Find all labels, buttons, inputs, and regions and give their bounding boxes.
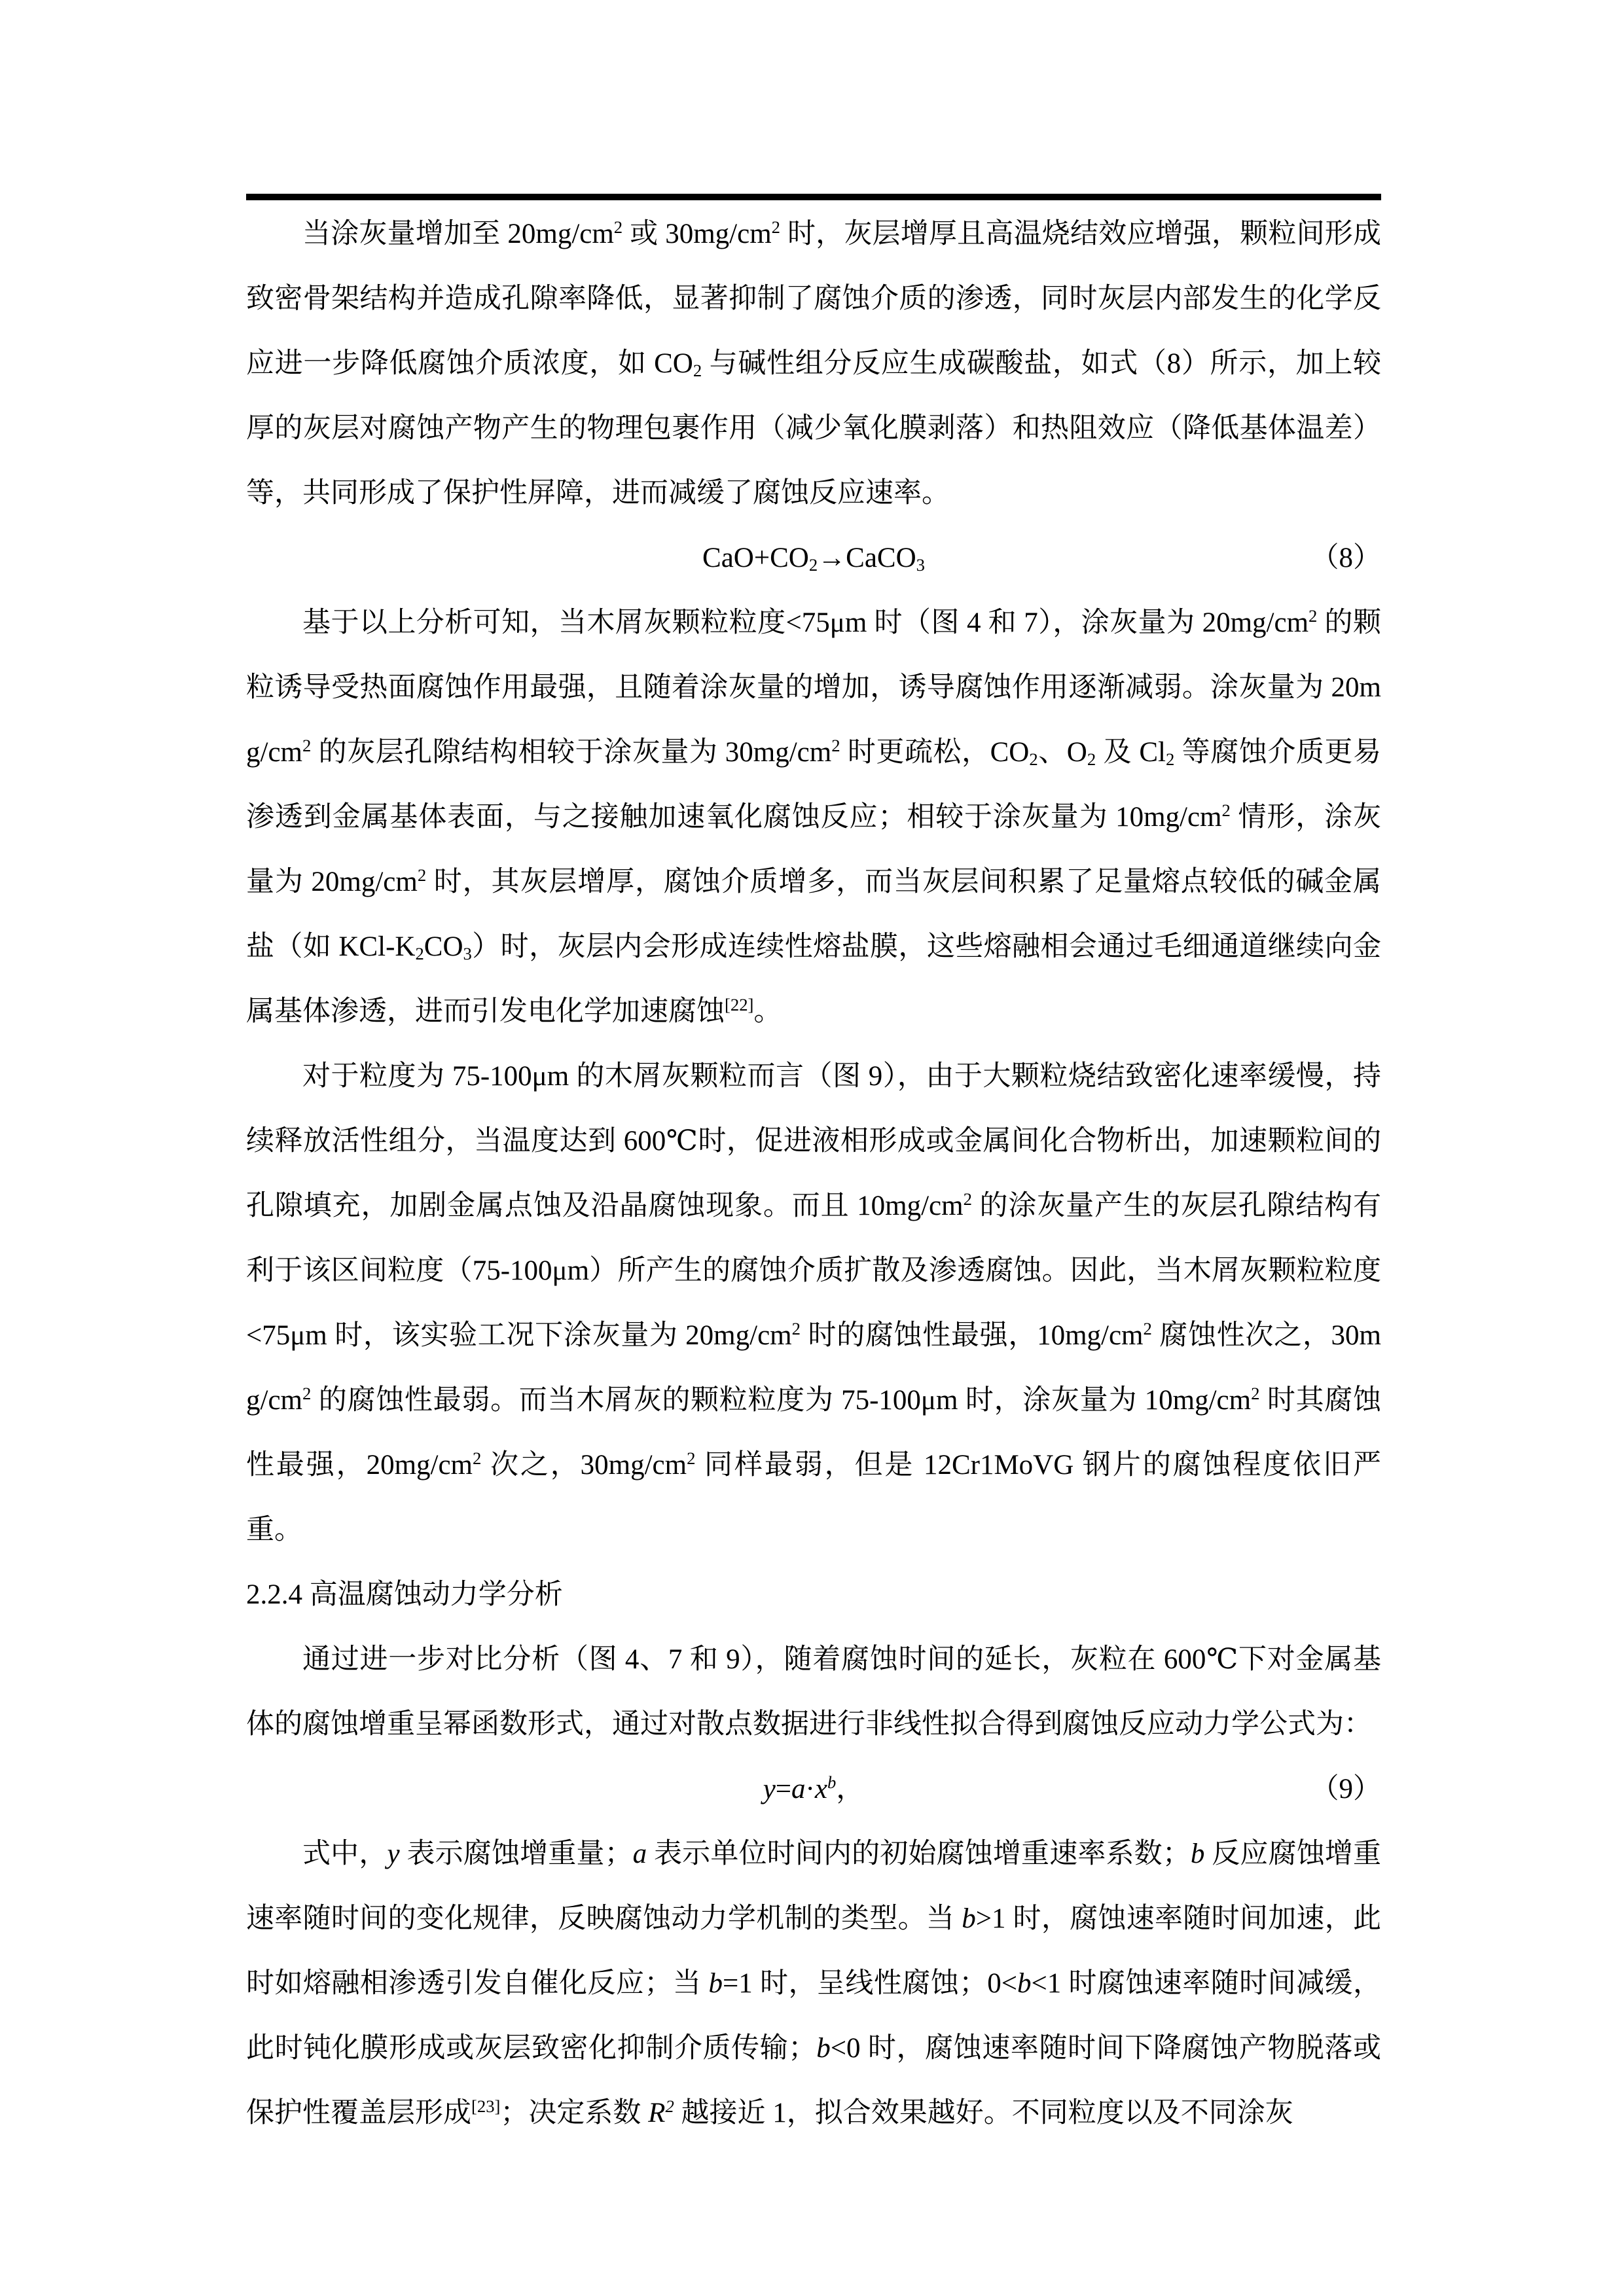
text-segment: 或 30mg/cm <box>623 219 772 249</box>
text-segment: 2 <box>415 944 424 963</box>
paragraph: 对于粒度为 75-100μm 的木屑灰颗粒而言（图 9），由于大颗粒烧结致密化速… <box>246 1044 1381 1562</box>
text-segment: b <box>962 1903 976 1934</box>
section-heading: 2.2.4 高温腐蚀动力学分析 <box>246 1562 1381 1627</box>
text-segment: 2 <box>1251 1384 1259 1403</box>
text-segment: 越接近 1，拟合效果越好。不同粒度以及不同涂灰 <box>674 2098 1293 2128</box>
text-segment: 2 <box>831 736 840 755</box>
text-segment: y <box>387 1839 399 1869</box>
text-segment: CO <box>424 931 463 962</box>
text-segment: [23] <box>471 2096 500 2116</box>
text-segment: b <box>1191 1839 1205 1869</box>
equation-number: （9） <box>1311 1757 1382 1821</box>
text-segment: 。 <box>753 996 782 1027</box>
text-segment: 基于以上分析可知，当木屑灰颗粒粒度<75μm 时（图 4 和 7），涂灰量为 2… <box>302 607 1308 638</box>
text-segment: 2.2.4 高温腐蚀动力学分析 <box>246 1579 563 1610</box>
text-segment: 2 <box>614 217 623 237</box>
equation: CaO+CO2→CaCO3（8） <box>246 526 1381 590</box>
text-segment: 2 <box>1029 749 1038 769</box>
equation-number: （8） <box>1311 526 1382 590</box>
text-segment: 及 Cl <box>1096 737 1166 768</box>
text-segment: 当涂灰量增加至 20mg/cm <box>302 219 614 249</box>
text-segment: 的灰层孔隙结构相较于涂灰量为 30mg/cm <box>311 737 831 768</box>
text-segment: 2 <box>1308 606 1317 626</box>
header-rule <box>246 194 1381 200</box>
text-segment: 时的腐蚀性最强，10mg/cm <box>801 1320 1144 1351</box>
text-segment: 2 <box>809 555 818 575</box>
text-segment: 2 <box>302 736 311 755</box>
text-segment: a <box>791 1774 806 1804</box>
text-segment: 2 <box>302 1384 311 1403</box>
text-segment: 3 <box>463 944 472 963</box>
text-segment: b <box>1017 1968 1032 1999</box>
text-segment: x <box>815 1774 827 1804</box>
text-segment: 表示腐蚀增重量； <box>400 1839 633 1869</box>
paragraph: 通过进一步对比分析（图 4、7 和 9），随着腐蚀时间的延长，灰粒在 600℃下… <box>246 1627 1381 1757</box>
text-segment: 2 <box>473 1448 481 1468</box>
paragraph: 式中，y 表示腐蚀增重量；a 表示单位时间内的初始腐蚀增重速率系数；b 反应腐蚀… <box>246 1821 1381 2145</box>
text-segment: 2 <box>693 361 702 380</box>
text-segment: CaO+CO <box>702 543 809 573</box>
text-segment: · <box>806 1774 815 1804</box>
text-segment: 时更疏松，CO <box>840 737 1030 768</box>
text-segment: b <box>709 1968 723 1999</box>
document-page: 当涂灰量增加至 20mg/cm2 或 30mg/cm2 时，灰层增厚且高温烧结效… <box>0 0 1624 2296</box>
text-segment: b <box>827 1772 836 1792</box>
text-segment: b <box>816 2033 831 2064</box>
document-content: 当涂灰量增加至 20mg/cm2 或 30mg/cm2 时，灰层增厚且高温烧结效… <box>246 194 1381 2145</box>
text-segment: =1 时，呈线性腐蚀；0< <box>723 1968 1017 1999</box>
paragraph: 基于以上分析可知，当木屑灰颗粒粒度<75μm 时（图 4 和 7），涂灰量为 2… <box>246 590 1381 1044</box>
document-body: 当涂灰量增加至 20mg/cm2 或 30mg/cm2 时，灰层增厚且高温烧结效… <box>246 202 1381 2145</box>
text-segment: 2 <box>792 1319 801 1338</box>
text-segment: 3 <box>916 555 925 575</box>
text-segment: 式中， <box>302 1839 387 1869</box>
text-segment: ；决定系数 <box>500 2098 648 2128</box>
text-segment: 2 <box>1087 749 1096 769</box>
equation: y=a·xb，（9） <box>246 1757 1381 1821</box>
equation-formula: y=a·xb， <box>763 1774 865 1804</box>
text-segment: 表示单位时间内的初始腐蚀增重速率系数； <box>647 1839 1191 1869</box>
text-segment: a <box>633 1839 647 1869</box>
equation-formula: CaO+CO2→CaCO3 <box>702 543 925 573</box>
text-segment: [22] <box>725 995 753 1014</box>
text-segment: = <box>776 1774 791 1804</box>
text-segment: 2 <box>1144 1319 1152 1338</box>
text-segment: 2 <box>772 217 780 237</box>
text-segment: R <box>648 2098 665 2128</box>
text-segment: 次之，30mg/cm <box>481 1450 687 1480</box>
text-segment: 通过进一步对比分析（图 4、7 和 9），随着腐蚀时间的延长，灰粒在 600℃下… <box>246 1644 1381 1740</box>
text-segment: 2 <box>665 2096 674 2116</box>
text-segment: 、O <box>1038 737 1087 768</box>
text-segment: 2 <box>1222 800 1231 820</box>
text-segment: 2 <box>1166 749 1174 769</box>
text-segment: 2 <box>687 1448 695 1468</box>
text-segment: y <box>763 1774 776 1804</box>
text-segment: ， <box>836 1774 864 1804</box>
paragraph: 当涂灰量增加至 20mg/cm2 或 30mg/cm2 时，灰层增厚且高温烧结效… <box>246 202 1381 526</box>
text-segment: 2 <box>964 1189 972 1209</box>
text-segment: 的腐蚀性最弱。而当木屑灰的颗粒粒度为 75-100μm 时，涂灰量为 10mg/… <box>311 1385 1251 1416</box>
text-segment: 2 <box>418 865 426 885</box>
text-segment: →CaCO <box>818 543 916 573</box>
